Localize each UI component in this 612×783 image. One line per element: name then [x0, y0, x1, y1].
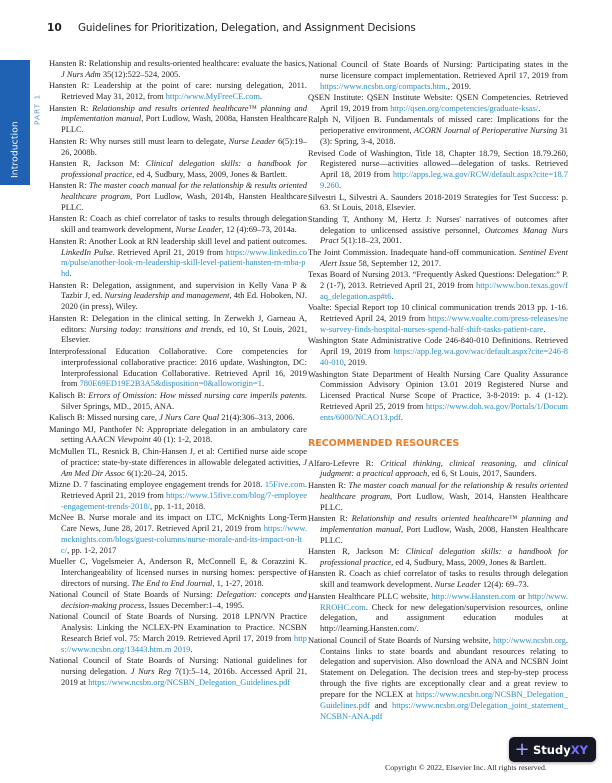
- reference-text: 58, September 12, 2017.: [356, 258, 441, 268]
- reference-entry: McNee B. Nurse morale and its impact on …: [49, 512, 307, 555]
- reference-text: or: [516, 591, 528, 601]
- reference-link[interactable]: 780E69ED19E2B3A5&disposition=0&alloworig…: [80, 378, 262, 388]
- reference-entry: Hansten R: Relationship and results orie…: [49, 103, 307, 136]
- reference-title-italic: ACORN Journal of Perioperative Nursing: [414, 125, 557, 135]
- reference-text: .: [544, 324, 546, 334]
- reference-text: Hansten R:: [308, 513, 352, 523]
- reference-entry: National Council of State Boards of Nurs…: [308, 59, 568, 92]
- right-column-references: National Council of State Boards of Nurs…: [308, 59, 568, 423]
- reference-text: , pp. 1-2, 2017: [67, 545, 116, 555]
- recommended-resources-heading: RECOMMENDED RESOURCES: [308, 439, 568, 450]
- reference-entry: Hansten R: The master coach manual for t…: [49, 180, 307, 213]
- reference-text: , ed 6, St Louis, 2017, Saunders.: [427, 468, 536, 478]
- reference-title-italic: J Nurs Adm: [61, 69, 101, 79]
- reference-entry: National Council of State Boards of Nurs…: [308, 635, 568, 722]
- reference-text: National Council of State Boards of Nurs…: [308, 635, 493, 645]
- reference-entry: QSEN Institute: QSEN Institute Website: …: [308, 92, 568, 114]
- reference-text: .: [260, 91, 262, 101]
- section-label: Introduction: [3, 68, 27, 178]
- reference-text: Hansten Healthcare PLLC website,: [308, 591, 431, 601]
- section-side-tab: Introduction: [0, 60, 30, 185]
- reference-link[interactable]: http://www.Hansten.com: [431, 591, 515, 601]
- recommended-resources-list: Alfaro-Lefevre R: Critical thinking, cli…: [308, 458, 568, 722]
- reference-text: Hansten R: Why nurses still must learn t…: [49, 136, 229, 146]
- brand-study: Study: [533, 743, 571, 757]
- reference-text: The Joint Commission. Inadequate hand-of…: [308, 247, 519, 257]
- reference-text: .: [538, 103, 540, 113]
- reference-text: , Issues December:1–4, 1995.: [144, 600, 244, 610]
- reference-text: Silvestri L, Silvestri A. Saunders 2018-…: [308, 192, 568, 213]
- reference-entry: National Council of State Boards of Nurs…: [49, 589, 307, 611]
- reference-text: .: [69, 268, 71, 278]
- reference-text: , 2019.: [344, 357, 367, 367]
- reference-title-italic: J Nurs Reg: [131, 666, 171, 676]
- reference-link[interactable]: http://www.MyFreeCE.com: [166, 91, 260, 101]
- reference-entry: Hansten R: The master coach manual for t…: [308, 480, 568, 513]
- brand-xy: XY: [571, 743, 588, 757]
- part-label: PART 1: [31, 75, 43, 125]
- reference-title-italic: Nursing leadership and management: [104, 290, 229, 300]
- reference-entry: Silvestri L, Silvestri A. Saunders 2018-…: [308, 192, 568, 214]
- reference-entry: Hansten R, Jackson M: Clinical delegatio…: [308, 546, 568, 568]
- reference-text: Hansten R: Relationship and results-orie…: [49, 58, 307, 68]
- reference-entry: Hansten R: Relationship and results orie…: [308, 513, 568, 546]
- reference-entry: Hansten R: Coach as chief correlator of …: [49, 213, 307, 235]
- studyxy-badge[interactable]: + StudyXY: [509, 737, 596, 762]
- reference-link[interactable]: 15Five.com: [265, 479, 305, 489]
- reference-entry: Maningo MJ, Panthofer N: Appropriate del…: [49, 424, 307, 446]
- reference-entry: Alfaro-Lefevre R: Critical thinking, cli…: [308, 458, 568, 480]
- plus-icon: +: [511, 737, 533, 762]
- reference-text: Hansten R: Another Look at RN leadership…: [49, 236, 307, 246]
- copyright-notice: Copyright © 2022, Elsevier Inc. All righ…: [385, 763, 547, 772]
- reference-text: 21(4):306–313, 2006.: [219, 412, 294, 422]
- reference-title-italic: Viewpoint: [117, 434, 151, 444]
- reference-text: , 12 (4):69–73, 2014a.: [222, 224, 297, 234]
- reference-title-italic: Nurse Leader: [435, 579, 481, 589]
- reference-entry: The Joint Commission. Inadequate hand-of…: [308, 247, 568, 269]
- right-column: National Council of State Boards of Nurs…: [308, 59, 568, 722]
- reference-entry: Hansten Healthcare PLLC website, http://…: [308, 591, 568, 634]
- reference-text: 12(4): 69–73.: [481, 579, 529, 589]
- reference-text: Hansten R, Jackson M:: [49, 158, 146, 168]
- reference-entry: Washington State Department of Health Nu…: [308, 369, 568, 423]
- reference-text: .: [190, 644, 192, 654]
- reference-text: National Council of State Boards of Nurs…: [49, 589, 217, 599]
- reference-text: National Council of State Boards of Nurs…: [308, 59, 568, 80]
- reference-entry: Ralph N, Viljoen B. Fundamentals of miss…: [308, 114, 568, 147]
- page-number: 10: [47, 22, 78, 34]
- reference-text: 35(12):522–524, 2005.: [101, 69, 181, 79]
- reference-title-italic: LinkedIn Pulse: [61, 247, 113, 257]
- reference-text: , 1, 1-27, 2018.: [212, 578, 263, 588]
- reference-entry: Hansten R: Delegation, assignment, and s…: [49, 280, 307, 313]
- reference-entry: Mueller C, Vogelsmeier A, Anderson R, Mc…: [49, 556, 307, 589]
- reference-entry: Interprofessional Education Collaborativ…: [49, 346, 307, 389]
- reference-entry: McMullen TL, Resnick B, Chin-Hansen J, e…: [49, 446, 307, 479]
- reference-entry: Hansten R: Why nurses still must learn t…: [49, 136, 307, 158]
- reference-entry: Hansten R. Coach as chief correlator of …: [308, 568, 568, 590]
- reference-text: , pp. 1-11, 2018.: [150, 501, 205, 511]
- reference-title-italic: Errors of Omission: How missed nursing c…: [88, 390, 305, 400]
- reference-link[interactable]: http://www.ncsbn.org: [493, 635, 566, 645]
- reference-entry: Washington State Administrative Code 246…: [308, 335, 568, 368]
- reference-text: .: [339, 180, 341, 190]
- reference-entry: Voalte: Special Report top 10 clinical c…: [308, 302, 568, 335]
- reference-text: 5(1):18–23, 2001.: [339, 235, 402, 245]
- reference-entry: Kalisch B: Errors of Omission: How misse…: [49, 390, 307, 412]
- reference-title-italic: Nurse Leader: [229, 136, 276, 146]
- reference-entry: Standing T, Anthony M, Hertz J: Nurses' …: [308, 214, 568, 247]
- reference-text: McMullen TL, Resnick B, Chin-Hansen J, e…: [49, 446, 307, 467]
- reference-text: Hansten R:: [49, 180, 89, 190]
- reference-text: , 2019.: [448, 81, 471, 91]
- reference-entry: National Council of State Boards of Nurs…: [49, 611, 307, 654]
- reference-entry: Hansten R: Relationship and results-orie…: [49, 58, 307, 80]
- reference-entry: Hansten R: Leadership at the point of ca…: [49, 80, 307, 102]
- reference-entry: National Council of State Boards of Nurs…: [49, 655, 307, 688]
- reference-text: Mizne D. 7 fascinating employee engageme…: [49, 479, 265, 489]
- reference-text: .: [391, 291, 393, 301]
- reference-text: Hansten R:: [308, 480, 348, 490]
- reference-title-italic: J Nurs Care Qual: [159, 412, 219, 422]
- reference-text: 40 (1): 1-2, 2018.: [151, 434, 212, 444]
- reference-title-italic: Nursing today: transitions and trends: [90, 324, 222, 334]
- reference-title-italic: Nurse Leader: [176, 224, 222, 234]
- reference-entry: Mizne D. 7 fascinating employee engageme…: [49, 479, 307, 512]
- running-header: 10 Guidelines for Prioritization, Delega…: [47, 22, 416, 38]
- reference-text: National Council of State Boards of Nurs…: [49, 611, 307, 643]
- reference-text: and: [370, 700, 392, 710]
- reference-text: Kalisch B:: [49, 390, 88, 400]
- reference-entry: Texas Board of Nursing 2013. “Frequently…: [308, 269, 568, 302]
- reference-text: 6(1):20–24, 2015.: [125, 468, 188, 478]
- reference-entry: Hansten R: Delegation in the clinical se…: [49, 313, 307, 346]
- left-column-references: Hansten R: Relationship and results-orie…: [49, 58, 307, 689]
- reference-text: Alfaro-Lefevre R:: [308, 458, 380, 468]
- reference-text: .: [262, 378, 264, 388]
- reference-text: , ed 4, Sudbury, Mass, 2009, Jones & Bar…: [132, 169, 287, 179]
- reference-title-italic: The End to End Journal: [131, 578, 212, 588]
- reference-entry: Kalisch B: Missed nursing care, J Nurs C…: [49, 412, 307, 423]
- reference-text: . Retrieved April 21, 2019 from: [113, 247, 226, 257]
- reference-entry: Hansten R, Jackson M: Clinical delegatio…: [49, 158, 307, 180]
- reference-text: Kalisch B: Missed nursing care,: [49, 412, 159, 422]
- running-title: Guidelines for Prioritization, Delegatio…: [78, 22, 416, 34]
- reference-entry: Revised Code of Washington, Title 18, Ch…: [308, 148, 568, 191]
- reference-text: .: [401, 412, 403, 422]
- reference-link[interactable]: https://www.ncsbn.org/compacts.htm.: [320, 81, 448, 91]
- reference-link[interactable]: https://www.ncsbn.org/NCSBN_Delegation_G…: [88, 677, 290, 687]
- reference-text: , ed 4, Sudbury, Mass, 2009, Jones & Bar…: [391, 557, 546, 567]
- reference-text: Hansten R:: [49, 103, 92, 113]
- reference-link[interactable]: http://qsen.org/competencies/graduate-ks…: [390, 103, 538, 113]
- reference-entry: Hansten R: Another Look at RN leadership…: [49, 236, 307, 279]
- reference-text: Hansten R, Jackson M:: [308, 546, 406, 556]
